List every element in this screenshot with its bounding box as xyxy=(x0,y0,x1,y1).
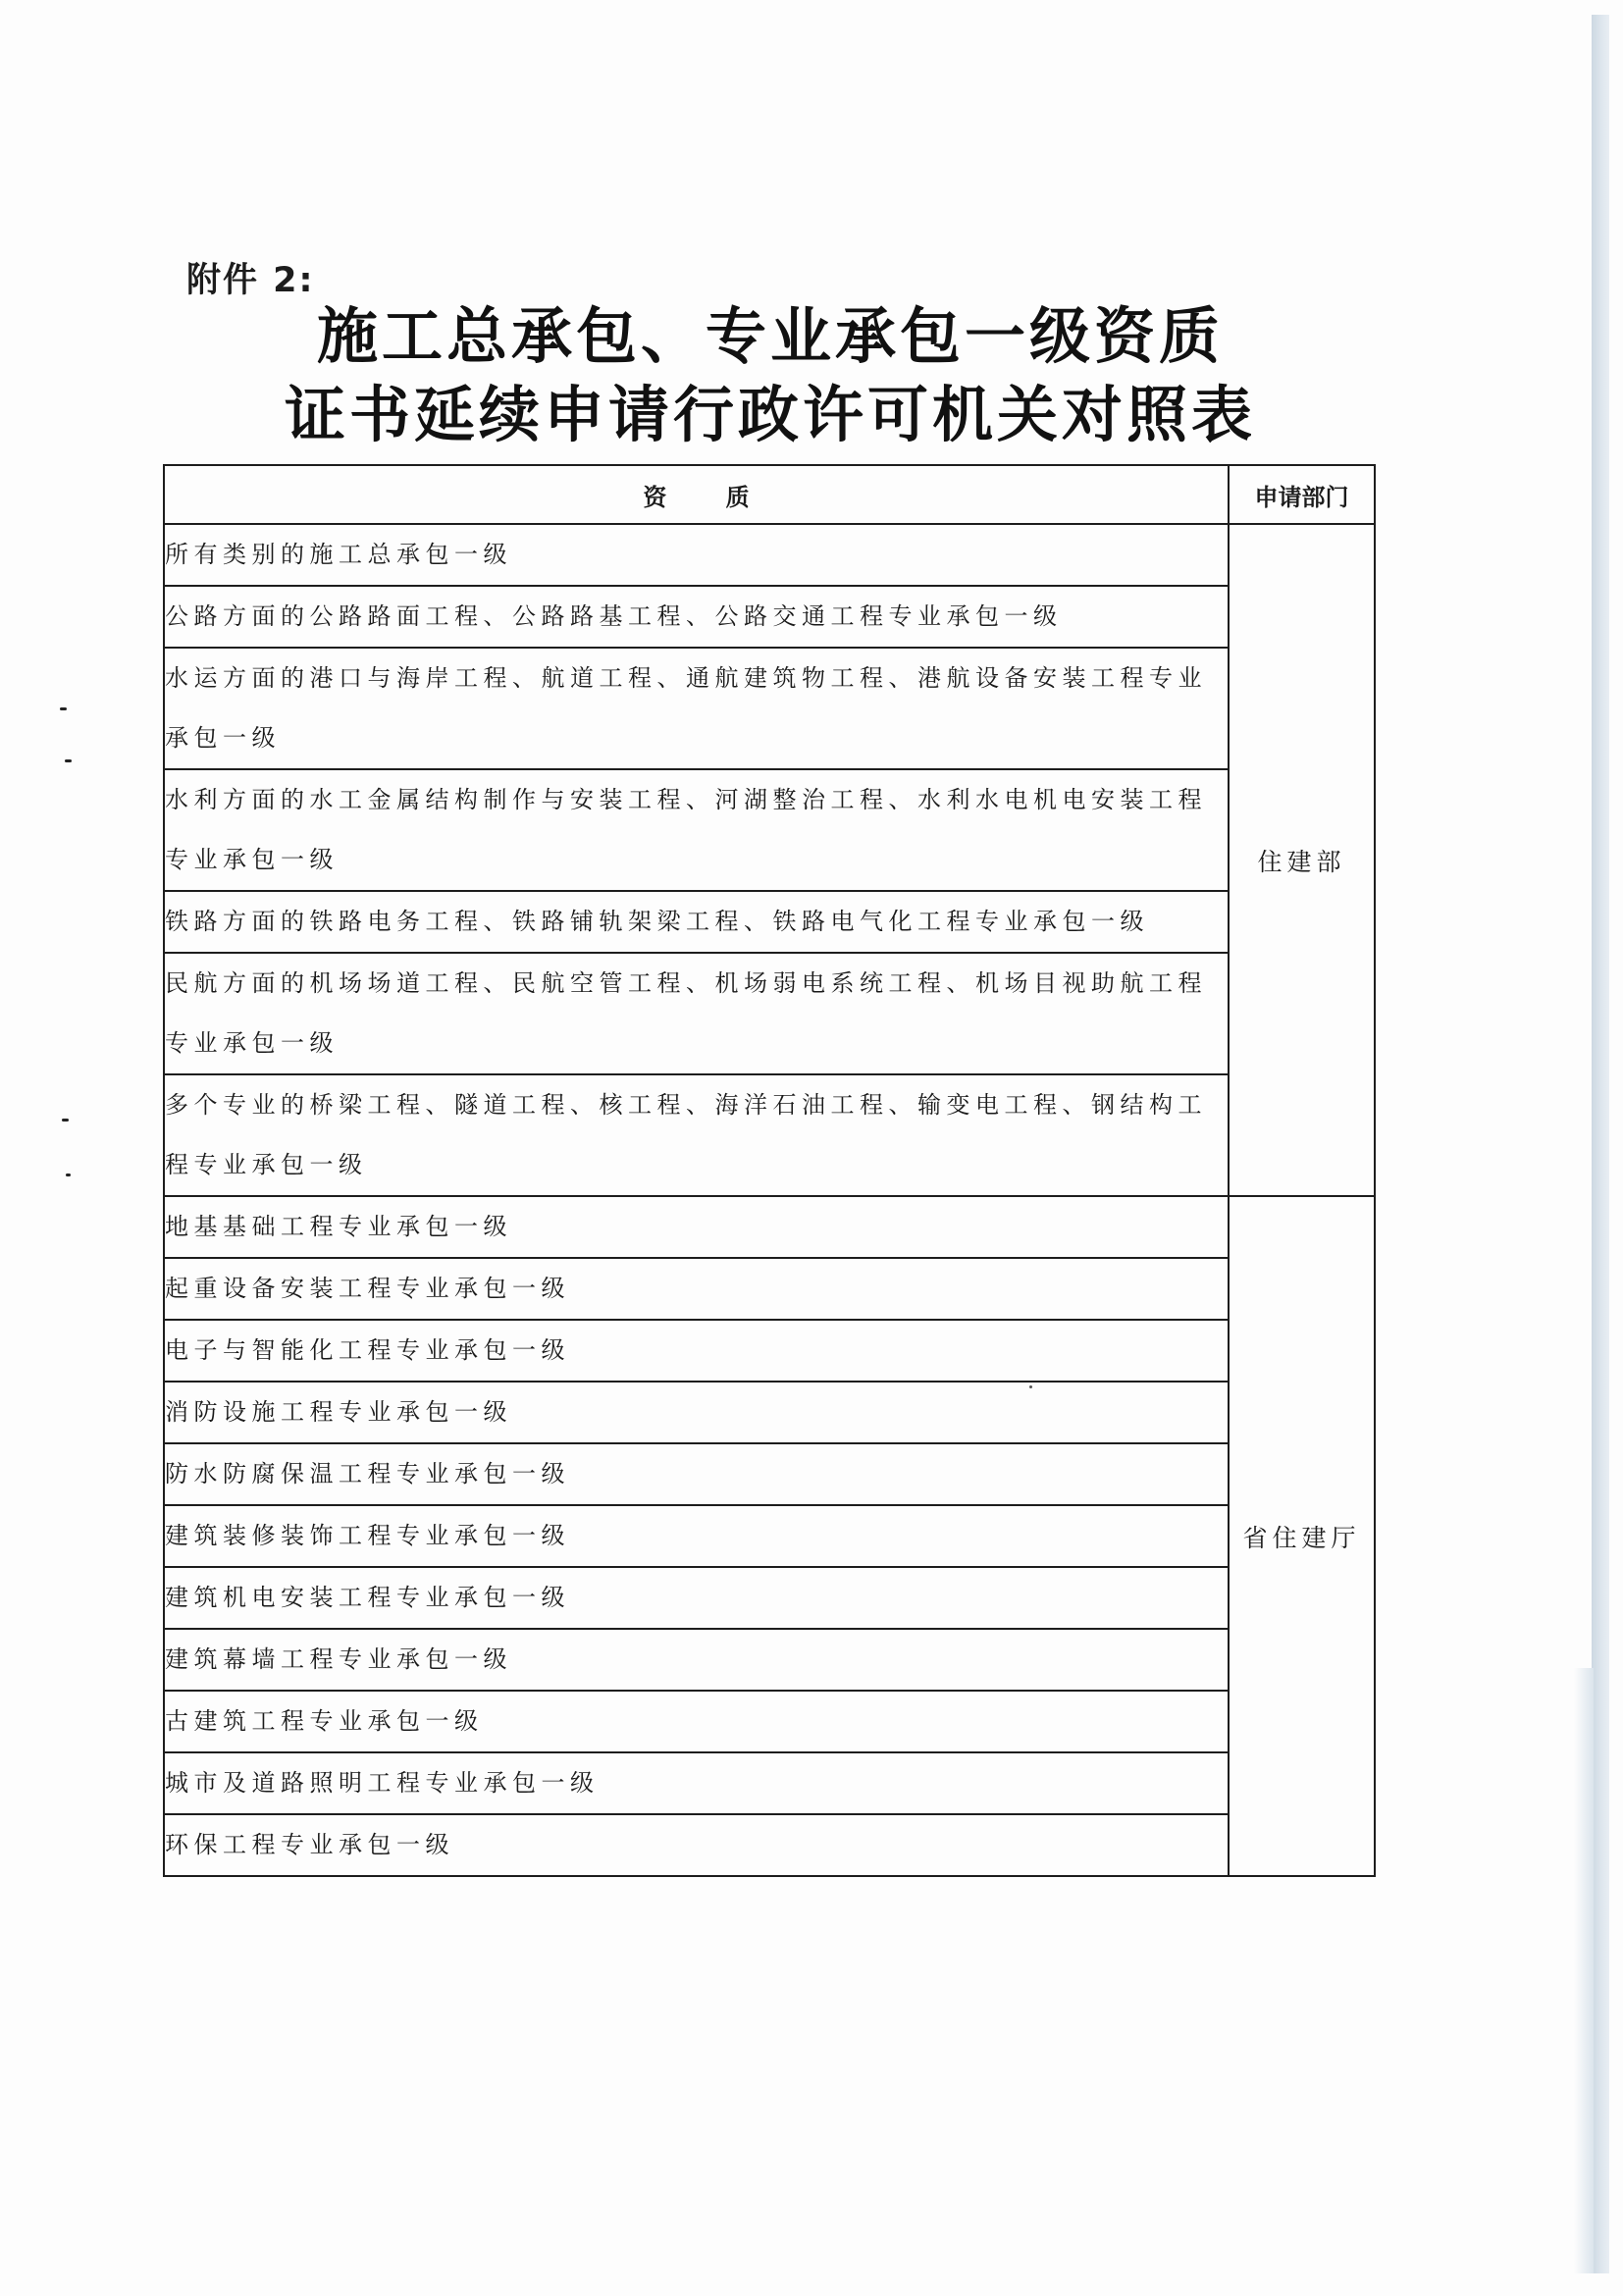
stray-mark xyxy=(62,1119,69,1122)
qualification-cell: 城市及道路照明工程专业承包一级 xyxy=(164,1752,1229,1814)
qualification-cell: 所有类别的施工总承包一级 xyxy=(164,524,1229,586)
attachment-label: 附件 2: xyxy=(186,253,315,302)
department-cell-ministry: 住建部 xyxy=(1229,524,1375,1196)
qualification-cell: 水运方面的港口与海岸工程、航道工程、通航建筑物工程、港航设备安装工程专业承包一级 xyxy=(164,648,1229,769)
header-department: 申请部门 xyxy=(1229,465,1375,524)
table-row: 所有类别的施工总承包一级 住建部 xyxy=(164,524,1375,586)
table-row: 古建筑工程专业承包一级 xyxy=(164,1691,1375,1752)
table-row: 起重设备安装工程专业承包一级 xyxy=(164,1258,1375,1320)
qualification-cell: 电子与智能化工程专业承包一级 xyxy=(164,1320,1229,1382)
table-row: 水运方面的港口与海岸工程、航道工程、通航建筑物工程、港航设备安装工程专业承包一级 xyxy=(164,648,1375,769)
table-row: 城市及道路照明工程专业承包一级 xyxy=(164,1752,1375,1814)
table-row: 公路方面的公路路面工程、公路路基工程、公路交通工程专业承包一级 xyxy=(164,586,1375,648)
table-row: 建筑装修装饰工程专业承包一级 xyxy=(164,1505,1375,1567)
qualification-cell: 环保工程专业承包一级 xyxy=(164,1814,1229,1876)
qualification-cell: 民航方面的机场场道工程、民航空管工程、机场弱电系统工程、机场目视助航工程专业承包… xyxy=(164,953,1229,1074)
stray-mark xyxy=(60,707,67,710)
table-row: 建筑机电安装工程专业承包一级 xyxy=(164,1567,1375,1629)
table-row: 环保工程专业承包一级 xyxy=(164,1814,1375,1876)
table-row: 民航方面的机场场道工程、民航空管工程、机场弱电系统工程、机场目视助航工程专业承包… xyxy=(164,953,1375,1074)
qualification-cell: 公路方面的公路路面工程、公路路基工程、公路交通工程专业承包一级 xyxy=(164,586,1229,648)
qualification-cell: 建筑机电安装工程专业承包一级 xyxy=(164,1567,1229,1629)
stray-mark xyxy=(66,1174,71,1176)
qualification-cell: 建筑幕墙工程专业承包一级 xyxy=(164,1629,1229,1691)
header-qualification: 资 质 xyxy=(164,465,1229,524)
document-title-line-2: 证书延续申请行政许可机关对照表 xyxy=(0,385,1541,445)
table-row: 多个专业的桥梁工程、隧道工程、核工程、海洋石油工程、输变电工程、钢结构工程专业承… xyxy=(164,1074,1375,1196)
table-row: 建筑幕墙工程专业承包一级 xyxy=(164,1629,1375,1691)
table-row: 电子与智能化工程专业承包一级 xyxy=(164,1320,1375,1382)
authority-comparison-table: 资 质 申请部门 所有类别的施工总承包一级 住建部 公路方面的公路路面工程、公路… xyxy=(163,464,1376,1877)
scan-edge-shadow xyxy=(1574,1668,1594,2273)
document-title-line-1: 施工总承包、专业承包一级资质 xyxy=(0,306,1541,367)
qualification-cell: 防水防腐保温工程专业承包一级 xyxy=(164,1443,1229,1505)
table-row: 地基基础工程专业承包一级 省住建厅 xyxy=(164,1196,1375,1258)
table-row: 消防设施工程专业承包一级 xyxy=(164,1382,1375,1443)
department-cell-province: 省住建厅 xyxy=(1229,1196,1375,1876)
qualification-cell: 铁路方面的铁路电务工程、铁路铺轨架梁工程、铁路电气化工程专业承包一级 xyxy=(164,891,1229,953)
qualification-cell: 水利方面的水工金属结构制作与安装工程、河湖整治工程、水利水电机电安装工程专业承包… xyxy=(164,769,1229,891)
table-row: 水利方面的水工金属结构制作与安装工程、河湖整治工程、水利水电机电安装工程专业承包… xyxy=(164,769,1375,891)
stray-mark xyxy=(65,759,72,762)
scan-edge-strip xyxy=(1592,15,1609,2273)
qualification-cell: 消防设施工程专业承包一级 xyxy=(164,1382,1229,1443)
table-row: 铁路方面的铁路电务工程、铁路铺轨架梁工程、铁路电气化工程专业承包一级 xyxy=(164,891,1375,953)
qualification-cell: 建筑装修装饰工程专业承包一级 xyxy=(164,1505,1229,1567)
qualification-cell: 地基基础工程专业承包一级 xyxy=(164,1196,1229,1258)
table-row: 防水防腐保温工程专业承包一级 xyxy=(164,1443,1375,1505)
table-header-row: 资 质 申请部门 xyxy=(164,465,1375,524)
header-qualification-label: 资 质 xyxy=(617,484,774,511)
qualification-cell: 古建筑工程专业承包一级 xyxy=(164,1691,1229,1752)
qualification-cell: 起重设备安装工程专业承包一级 xyxy=(164,1258,1229,1320)
qualification-cell: 多个专业的桥梁工程、隧道工程、核工程、海洋石油工程、输变电工程、钢结构工程专业承… xyxy=(164,1074,1229,1196)
